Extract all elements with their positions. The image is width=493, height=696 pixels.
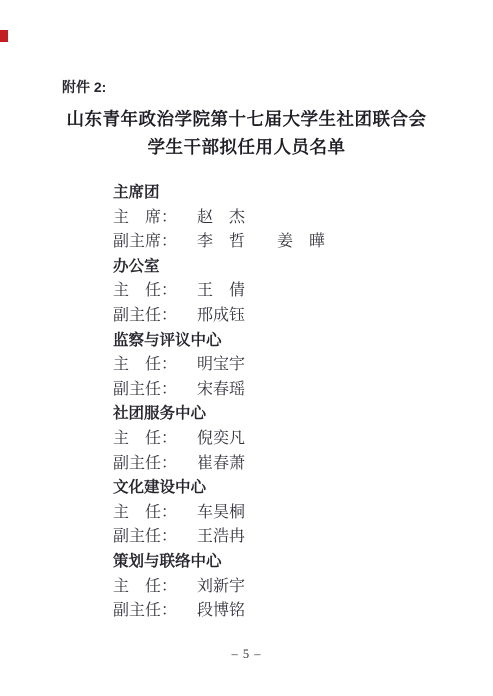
section-heading: 文化建设中心 [113, 476, 453, 501]
title-line-1: 山东青年政治学院第十七届大学生社团联合会 [67, 109, 427, 129]
position-label: 主 任： [113, 501, 197, 526]
position-label: 主 任： [113, 427, 197, 452]
appointment-row: 主 任： 车昊桐 [113, 501, 453, 526]
appointment-row: 副主任： 宋春瑶 [113, 378, 453, 403]
appointment-list: 主席团 主 席： 赵 杰 副主席： 李 哲 姜 曄 办公室 主 任： 王 倩 副… [113, 181, 453, 624]
position-label: 副主任： [113, 525, 197, 550]
position-label: 副主席： [113, 230, 197, 255]
appointment-row: 副主任： 邢成钰 [113, 304, 453, 329]
position-label: 副主任： [113, 599, 197, 624]
person-names: 王浩冉 [197, 525, 453, 550]
attachment-label: 附件 2: [62, 77, 106, 97]
position-label: 副主任： [113, 304, 197, 329]
red-mark [0, 30, 8, 42]
person-names: 车昊桐 [197, 501, 453, 526]
section-planning-liaison-center: 策划与联络中心 主 任： 刘新宇 副主任： 段博铭 [113, 550, 453, 624]
appointment-row: 主 任： 王 倩 [113, 279, 453, 304]
person-names: 崔春萧 [197, 452, 453, 477]
page-number: – 5 – [0, 647, 493, 662]
section-supervision-review-center: 监察与评议中心 主 任： 明宝宇 副主任： 宋春瑶 [113, 329, 453, 403]
section-culture-building-center: 文化建设中心 主 任： 车昊桐 副主任： 王浩冉 [113, 476, 453, 550]
section-heading: 主席团 [113, 181, 453, 206]
person-names: 明宝宇 [197, 353, 453, 378]
person-names: 刘新宇 [197, 575, 453, 600]
person-names: 王 倩 [197, 279, 453, 304]
document-title: 山东青年政治学院第十七届大学生社团联合会 学生干部拟任用人员名单 [0, 105, 493, 161]
appointment-row: 主 任： 明宝宇 [113, 353, 453, 378]
appointment-row: 主 任： 倪奕凡 [113, 427, 453, 452]
person-names: 李 哲 姜 曄 [197, 230, 453, 255]
appointment-row: 主 任： 刘新宇 [113, 575, 453, 600]
appointment-row: 副主任： 崔春萧 [113, 452, 453, 477]
section-heading: 社团服务中心 [113, 402, 453, 427]
section-presidium: 主席团 主 席： 赵 杰 副主席： 李 哲 姜 曄 [113, 181, 453, 255]
person-names: 倪奕凡 [197, 427, 453, 452]
section-heading: 办公室 [113, 255, 453, 280]
section-club-service-center: 社团服务中心 主 任： 倪奕凡 副主任： 崔春萧 [113, 402, 453, 476]
section-heading: 监察与评议中心 [113, 329, 453, 354]
position-label: 主 任： [113, 279, 197, 304]
person-names: 赵 杰 [197, 206, 453, 231]
person-names: 宋春瑶 [197, 378, 453, 403]
appointment-row: 副主任： 王浩冉 [113, 525, 453, 550]
document-page: 附件 2: 山东青年政治学院第十七届大学生社团联合会 学生干部拟任用人员名单 主… [0, 0, 493, 696]
title-line-2: 学生干部拟任用人员名单 [148, 137, 346, 157]
position-label: 副主任： [113, 378, 197, 403]
person-names: 段博铭 [197, 599, 453, 624]
position-label: 副主任： [113, 452, 197, 477]
position-label: 主 任： [113, 353, 197, 378]
appointment-row: 副主任： 段博铭 [113, 599, 453, 624]
position-label: 主 任： [113, 575, 197, 600]
section-office: 办公室 主 任： 王 倩 副主任： 邢成钰 [113, 255, 453, 329]
appointment-row: 主 席： 赵 杰 [113, 206, 453, 231]
appointment-row: 副主席： 李 哲 姜 曄 [113, 230, 453, 255]
position-label: 主 席： [113, 206, 197, 231]
section-heading: 策划与联络中心 [113, 550, 453, 575]
person-names: 邢成钰 [197, 304, 453, 329]
